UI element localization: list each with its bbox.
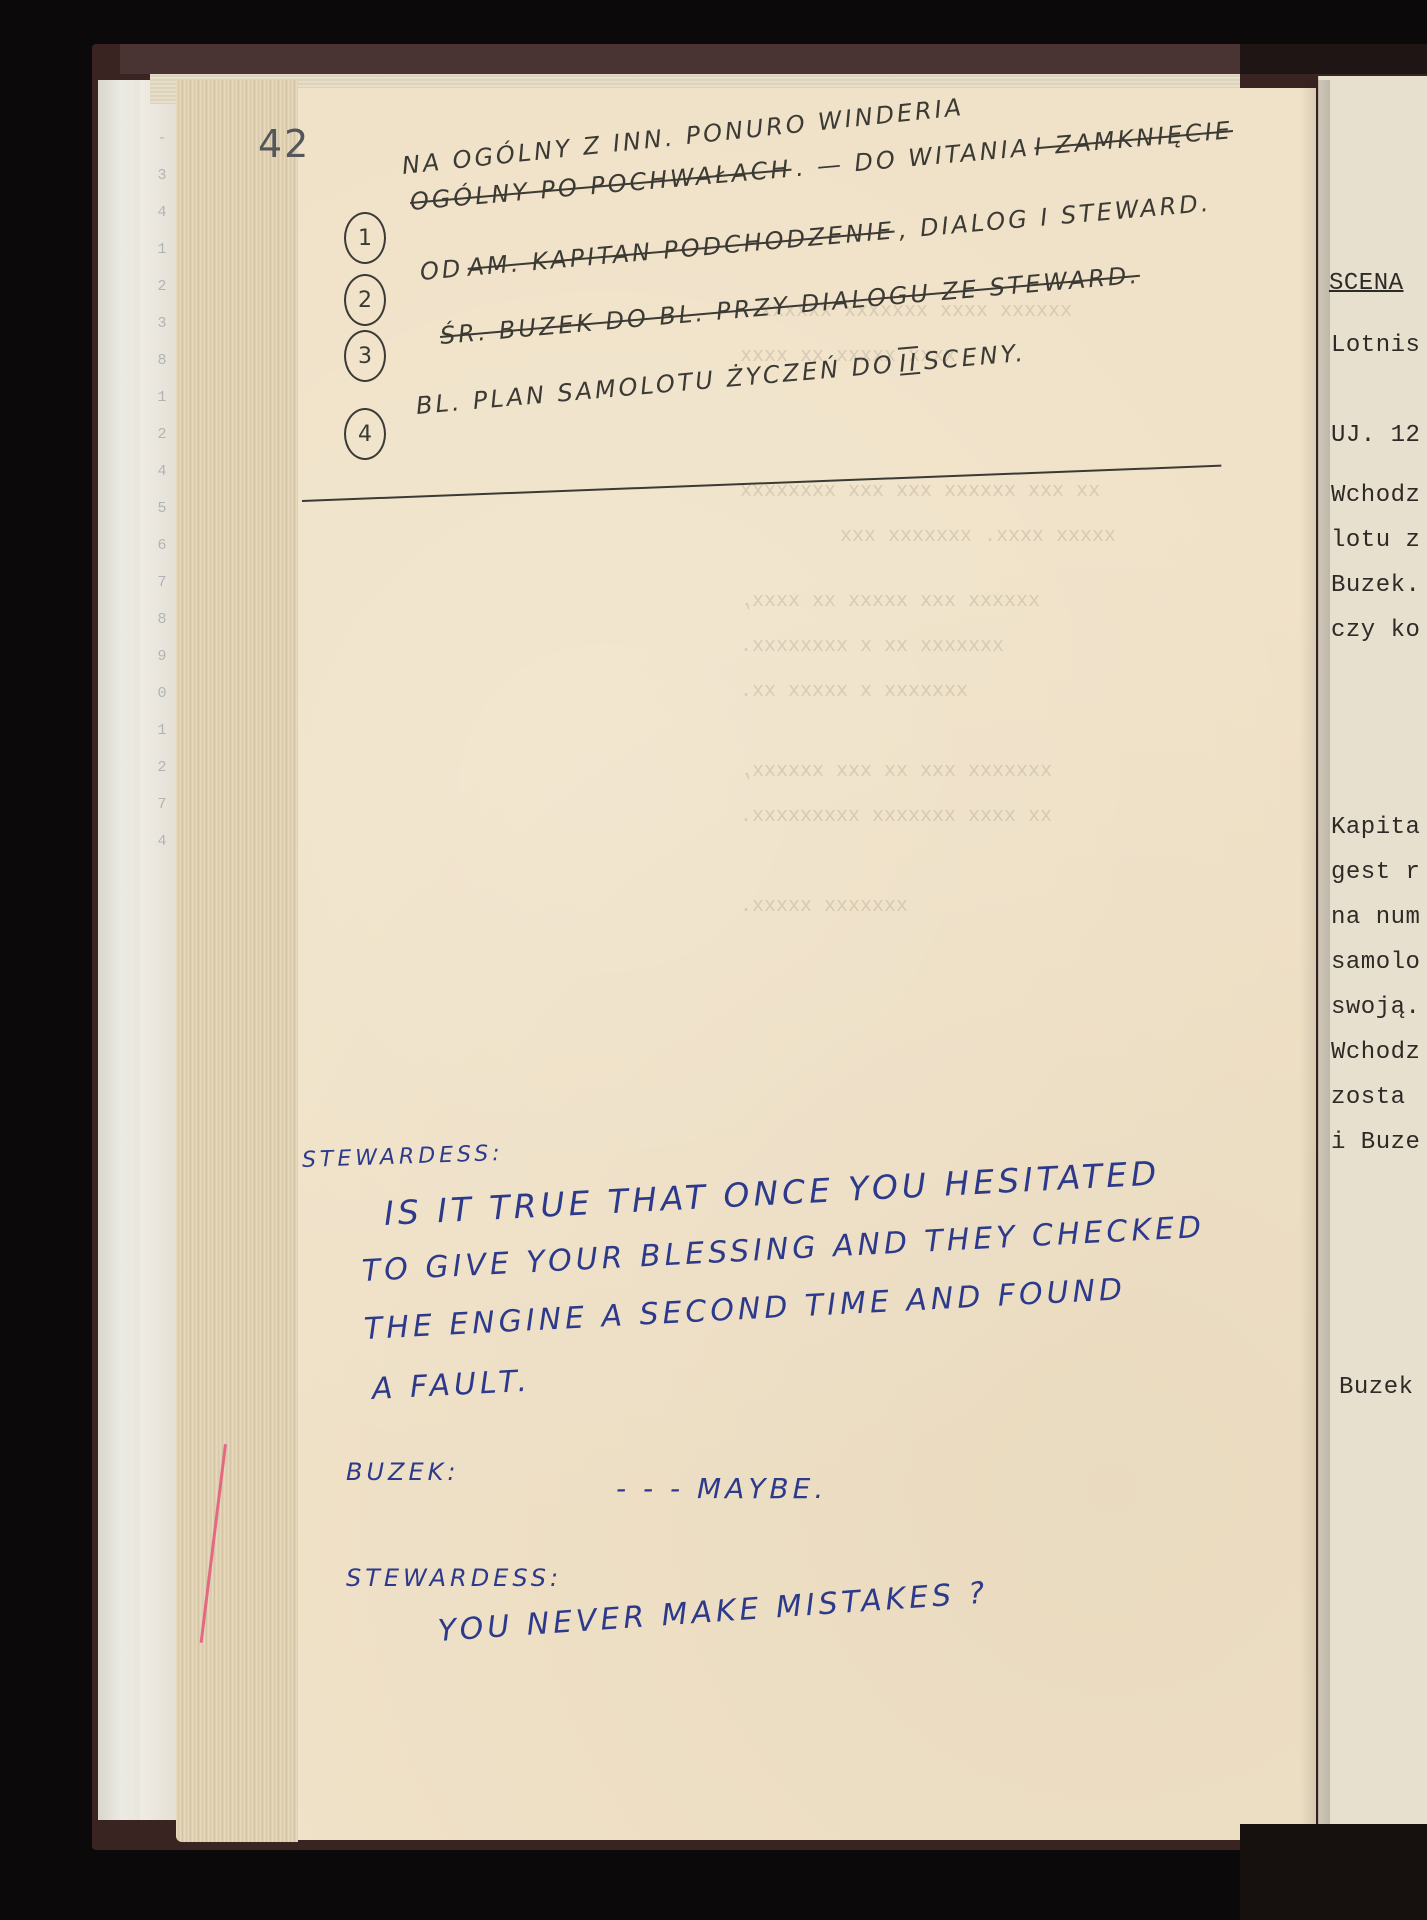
typed-line: zosta — [1331, 1084, 1406, 1111]
typed-line: Lotnis — [1331, 332, 1420, 359]
typed-line: i Buze — [1331, 1129, 1420, 1156]
bleed-through-text: xxxxxxx xxx xx xxx xxxxxx, — [740, 760, 1052, 783]
typed-line: Wchodz — [1331, 482, 1420, 509]
typed-line: Wchodz — [1331, 1039, 1420, 1066]
page-number: 42 — [258, 122, 310, 166]
bleed-through-text: xx xxxx xxxxxxx xxxxxxxxx. — [740, 805, 1052, 828]
scene-heading: SCENA — [1329, 270, 1404, 297]
typed-line: Kapita — [1331, 814, 1420, 841]
cover-spine-edge — [120, 44, 1240, 74]
cover-bottom-right — [1240, 1824, 1427, 1920]
speaker-label: BUZEK: — [346, 1458, 459, 1486]
typed-line: czy ko — [1331, 617, 1420, 644]
item-marker-2: 2 — [344, 274, 386, 326]
bleed-through-text: xxxxxxx xxxxx. — [740, 895, 908, 918]
index-tab-strip: - 3 4 1 2 3 8 1 2 4 5 6 7 8 9 0 1 2 7 4 — [150, 120, 174, 1060]
typed-line: Buzek. — [1331, 572, 1420, 599]
cover-top-right — [1240, 44, 1427, 74]
speaker-label: STEWARDESS: — [346, 1564, 562, 1592]
typed-line: na num — [1331, 904, 1420, 931]
bleed-through-text: xxxxx xxxx. xxxxxxx xxx — [840, 525, 1116, 548]
item-marker-3: 3 — [344, 330, 386, 382]
typed-line: Buzek — [1339, 1374, 1414, 1401]
item-marker-1: 1 — [344, 212, 386, 264]
bleed-through-text: xx xxx xxxxxx xxx xxx xxxxxxxx — [740, 480, 1100, 503]
typed-line: swoją. — [1331, 994, 1420, 1021]
bleed-through-text: xxxxxxx x xxxxx xx. — [740, 680, 968, 703]
facing-page: SCENA Lotnis UJ. 12 Wchodz lotu z Buzek.… — [1318, 76, 1427, 1828]
gutter-shadow — [1300, 80, 1330, 1840]
bleed-through-text: xxxxxxx xx x xxxxxxxx. — [740, 635, 1004, 658]
bleed-through-text: xxxxxx xxx xxxxx xx xxxx, — [740, 590, 1040, 613]
typed-line: samolo — [1331, 949, 1420, 976]
typed-line: lotu z — [1331, 527, 1420, 554]
item-marker-4: 4 — [344, 408, 386, 460]
dialogue-line: - - - MAYBE. — [616, 1472, 827, 1505]
typed-line: UJ. 12 — [1331, 422, 1420, 449]
page-stack-edge — [176, 80, 298, 1842]
typed-line: gest r — [1331, 859, 1420, 886]
